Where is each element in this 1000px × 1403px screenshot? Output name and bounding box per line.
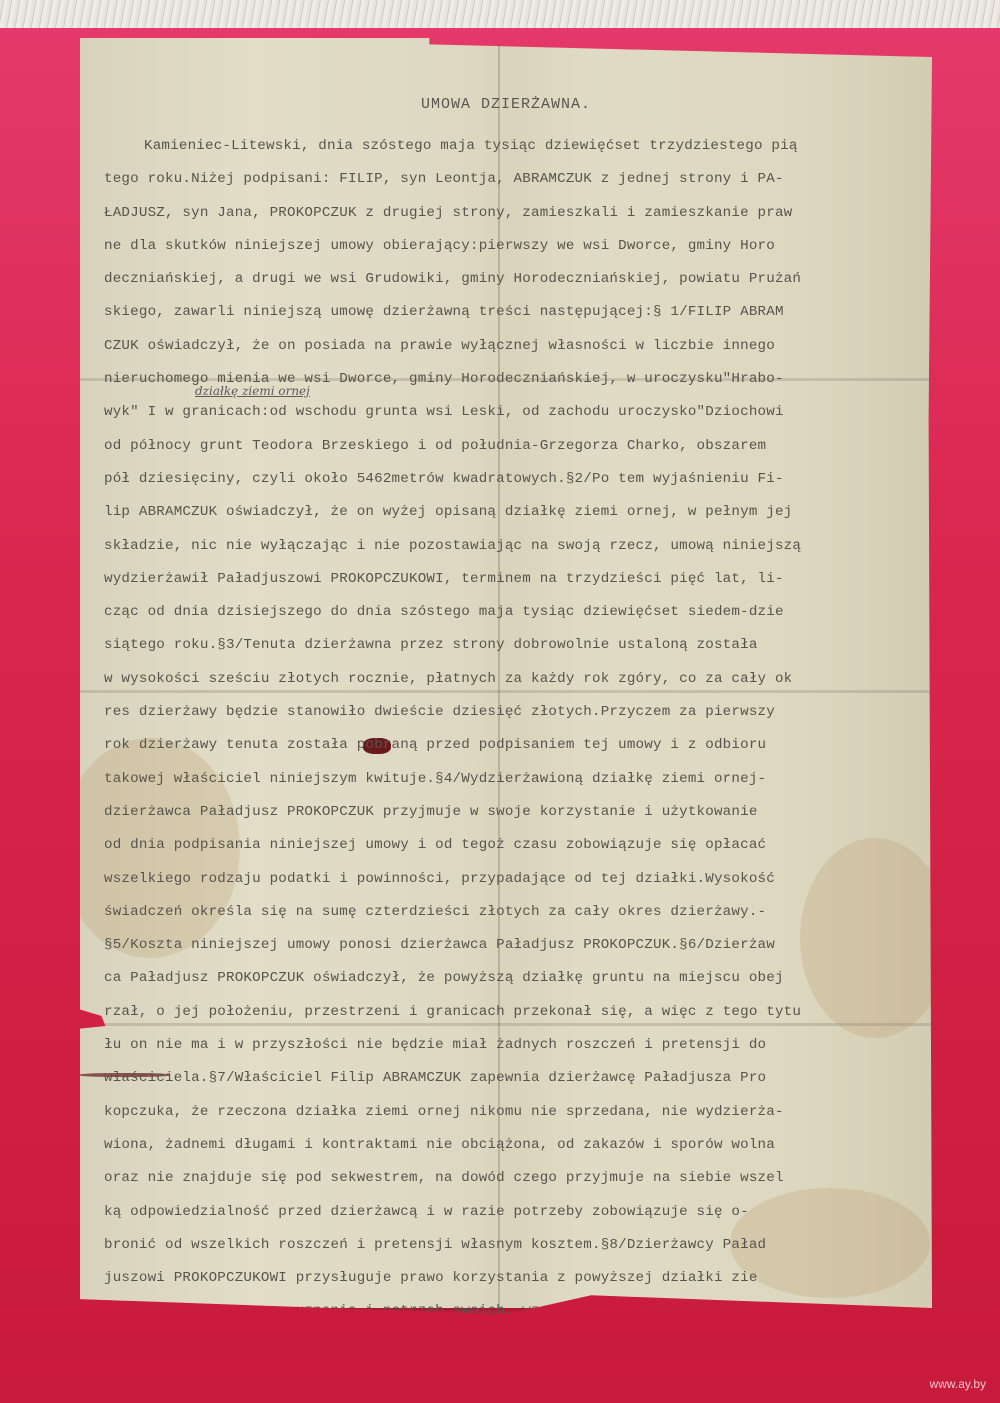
- text-line: bronić od wszelkich roszczeń i pretensji…: [104, 1229, 914, 1262]
- document-body: Kamieniec-Litewski, dnia szóstego maja t…: [104, 130, 914, 1395]
- watermark: www.ay.by: [930, 1377, 986, 1391]
- text-line: od północy grunt Teodora Brzeskiego i od…: [104, 430, 914, 463]
- text-line: w wysokości sześciu złotych rocznie, pła…: [104, 663, 914, 696]
- text-line: rzał, o jej położeniu, przestrzeni i gra…: [104, 996, 914, 1029]
- text-line: lip ABRAMCZUK oświadczył, że on wyżej op…: [104, 496, 914, 529]
- document-sheet: UMOWA DZIERŻAWNA. działkę ziemi ornej Ka…: [80, 38, 932, 1308]
- text-line: siątego roku.§3/Tenuta dzierżawna przez …: [104, 629, 914, 662]
- text-line: Kamieniec-Litewski, dnia szóstego maja t…: [104, 130, 914, 163]
- text-line: deczniańskiej, a drugi we wsi Grudowiki,…: [104, 263, 914, 296]
- text-line: dzierżawca Paładjusz PROKOPCZUK przyjmuj…: [104, 796, 914, 829]
- text-line: łu on nie ma i w przyszłości nie będzie …: [104, 1029, 914, 1062]
- document-title: UMOWA DZIERŻAWNA.: [80, 96, 932, 113]
- text-line: ne dla skutków niniejszej umowy obierają…: [104, 230, 914, 263]
- text-line: rok dzierżawy tenuta została pobraną prz…: [104, 729, 914, 762]
- text-line: składzie, nic nie wyłączając i nie pozos…: [104, 530, 914, 563]
- textured-surface: [0, 0, 1000, 28]
- text-line: pół dziesięciny, czyli około 5462metrów …: [104, 463, 914, 496]
- text-line: ŁADJUSZ, syn Jana, PROKOPCZUK z drugiej …: [104, 197, 914, 230]
- text-line: właściciela.§7/Właściciel Filip ABRAMCZU…: [104, 1062, 914, 1095]
- text-line: skiego, zawarli niniejszą umowę dzierżaw…: [104, 296, 914, 329]
- text-line: od dnia podpisania niniejszej umowy i od…: [104, 829, 914, 862]
- text-line: świadczeń określa się na sumę czterdzieś…: [104, 896, 914, 929]
- text-line: kopczuka, że rzeczona działka ziemi orne…: [104, 1096, 914, 1129]
- text-line: CZUK oświadczył, że on posiada na prawie…: [104, 330, 914, 363]
- text-line: ką odpowiedzialność przed dzierżawcą i w…: [104, 1196, 914, 1229]
- text-line: wszelkiego rodzaju podatki i powinności,…: [104, 863, 914, 896]
- text-line: oraz nie znajduje się pod sekwestrem, na…: [104, 1162, 914, 1195]
- text-line: §5/Koszta niniejszej umowy ponosi dzierż…: [104, 929, 914, 962]
- text-line: ca Paładjusz PROKOPCZUK oświadczył, że p…: [104, 962, 914, 995]
- text-line: nieruchomego mienia we wsi Dworce, gminy…: [104, 363, 914, 396]
- text-line: wydzierżawił Paładjuszowi PROKOPCZUKOWI,…: [104, 563, 914, 596]
- text-line: tego roku.Niżej podpisani: FILIP, syn Le…: [104, 163, 914, 196]
- text-line: takowej właściciel niniejszym kwituje.§4…: [104, 763, 914, 796]
- text-line: wyk" I w granicach:od wschodu grunta wsi…: [104, 396, 914, 429]
- text-line: juszowi PROKOPCZUKOWI przysługuje prawo …: [104, 1262, 914, 1295]
- text-line: res dzierżawy będzie stanowiło dwieście …: [104, 696, 914, 729]
- text-line: wiona, żadnemi długami i kontraktami nie…: [104, 1129, 914, 1162]
- text-line: cząc od dnia dzisiejszego do dnia szóste…: [104, 596, 914, 629]
